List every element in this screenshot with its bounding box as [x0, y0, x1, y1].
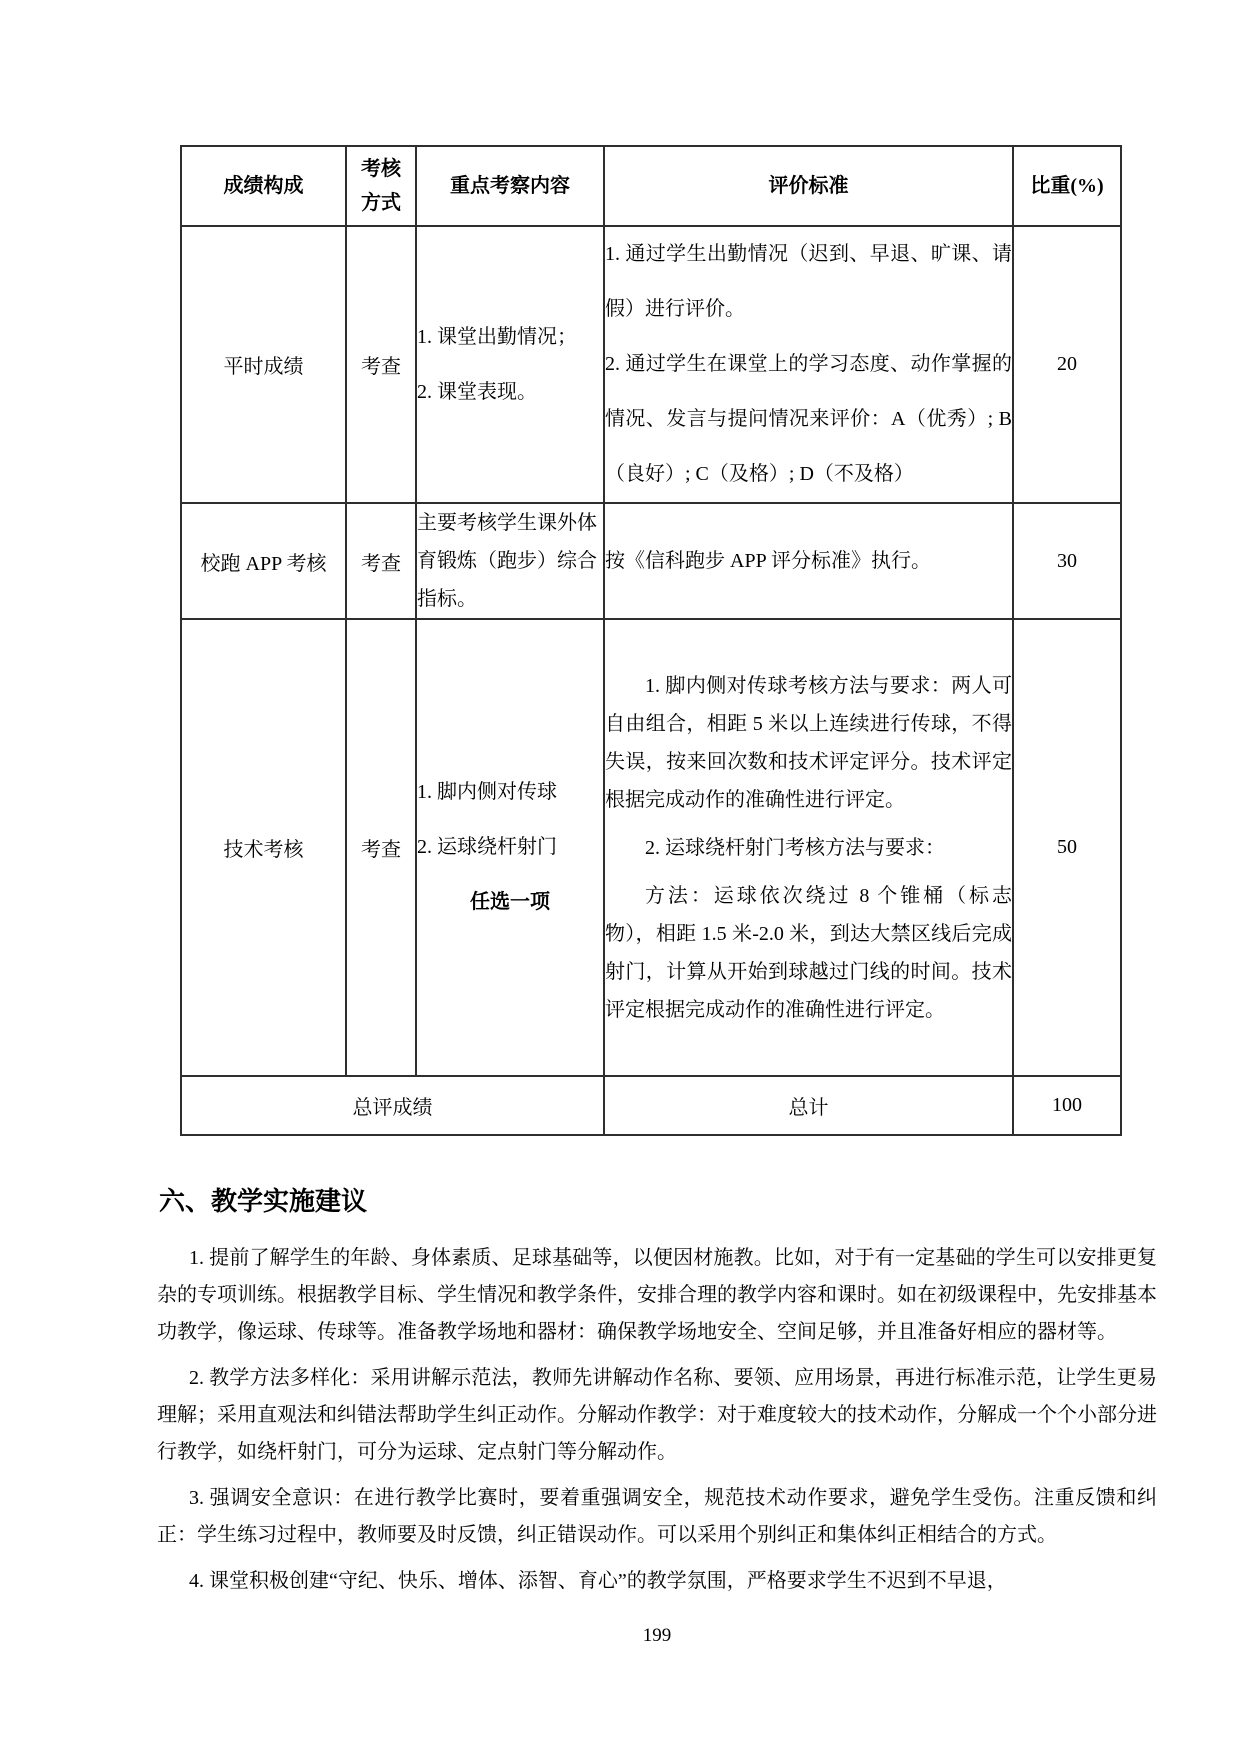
criteria-cell: 1. 脚内侧对传球考核方法与要求：两人可自由组合，相距 5 米以上连续进行传球，…	[604, 619, 1013, 1076]
page-content: 成绩构成 考核方式 重点考察内容 评价标准 比重(%) 平时成绩 考查 1. 课…	[157, 145, 1157, 1609]
document-page: 成绩构成 考核方式 重点考察内容 评价标准 比重(%) 平时成绩 考查 1. 课…	[0, 0, 1241, 1755]
focus-item: 主要考核学生课外体育锻炼（跑步）综合指标。	[417, 504, 603, 618]
criteria-cell: 1. 通过学生出勤情况（迟到、早退、旷课、请假）进行评价。 2. 通过学生在课堂…	[604, 226, 1013, 503]
criteria-cell: 按《信科跑步 APP 评分标准》执行。	[604, 503, 1013, 619]
header-focus: 重点考察内容	[416, 146, 604, 226]
method-cell: 考查	[346, 503, 416, 619]
suggestion-paragraph-1: 1. 提前了解学生的年龄、身体素质、足球基础等，以便因材施教。比如，对于有一定基…	[157, 1240, 1157, 1351]
weight-cell: 20	[1013, 226, 1121, 503]
method-cell: 考查	[346, 226, 416, 503]
component-cell: 技术考核	[181, 619, 346, 1076]
criteria-paragraph: 2. 运球绕杆射门考核方法与要求：	[605, 829, 1012, 867]
weight-cell: 50	[1013, 619, 1121, 1076]
header-method: 考核方式	[346, 146, 416, 226]
assessment-table: 成绩构成 考核方式 重点考察内容 评价标准 比重(%) 平时成绩 考查 1. 课…	[180, 145, 1122, 1136]
criteria-paragraph: 1. 通过学生出勤情况（迟到、早退、旷课、请假）进行评价。	[605, 227, 1012, 337]
focus-option-note: 任选一项	[417, 875, 603, 930]
suggestion-paragraph-4: 4. 课堂积极创建“守纪、快乐、增体、添智、育心”的教学氛围，严格要求学生不迟到…	[157, 1563, 1157, 1600]
method-cell: 考查	[346, 619, 416, 1076]
focus-item: 2. 课堂表现。	[417, 365, 603, 420]
focus-item: 1. 脚内侧对传球	[417, 765, 603, 820]
total-criteria-cell: 总计	[604, 1076, 1013, 1135]
header-weight: 比重(%)	[1013, 146, 1121, 226]
table-header-row: 成绩构成 考核方式 重点考察内容 评价标准 比重(%)	[181, 146, 1121, 226]
component-cell: 校跑 APP 考核	[181, 503, 346, 619]
table-row-app-assessment: 校跑 APP 考核 考查 主要考核学生课外体育锻炼（跑步）综合指标。 按《信科跑…	[181, 503, 1121, 619]
focus-cell: 1. 课堂出勤情况； 2. 课堂表现。	[416, 226, 604, 503]
focus-item: 1. 课堂出勤情况；	[417, 310, 603, 365]
focus-item: 2. 运球绕杆射门	[417, 820, 603, 875]
criteria-paragraph: 2. 通过学生在课堂上的学习态度、动作掌握的情况、发言与提问情况来评价：A（优秀…	[605, 337, 1012, 502]
weight-cell: 30	[1013, 503, 1121, 619]
component-cell: 平时成绩	[181, 226, 346, 503]
criteria-paragraph: 1. 脚内侧对传球考核方法与要求：两人可自由组合，相距 5 米以上连续进行传球，…	[605, 667, 1012, 819]
focus-cell: 1. 脚内侧对传球 2. 运球绕杆射门 任选一项	[416, 619, 604, 1076]
table-row-total: 总评成绩 总计 100	[181, 1076, 1121, 1135]
criteria-paragraph: 按《信科跑步 APP 评分标准》执行。	[605, 542, 1012, 580]
total-label-cell: 总评成绩	[181, 1076, 604, 1135]
header-component: 成绩构成	[181, 146, 346, 226]
total-weight-cell: 100	[1013, 1076, 1121, 1135]
focus-cell: 主要考核学生课外体育锻炼（跑步）综合指标。	[416, 503, 604, 619]
section-heading: 六、教学实施建议	[159, 1181, 1157, 1218]
suggestion-paragraph-3: 3. 强调安全意识：在进行教学比赛时，要着重强调安全，规范技术动作要求，避免学生…	[157, 1480, 1157, 1554]
table-row-regular-grade: 平时成绩 考查 1. 课堂出勤情况； 2. 课堂表现。 1. 通过学生出勤情况（…	[181, 226, 1121, 503]
page-number: 199	[157, 1625, 1157, 1647]
table-row-skill-assessment: 技术考核 考查 1. 脚内侧对传球 2. 运球绕杆射门 任选一项 1. 脚内侧对…	[181, 619, 1121, 1076]
criteria-paragraph: 方法：运球依次绕过 8 个锥桶（标志物），相距 1.5 米-2.0 米，到达大禁…	[605, 877, 1012, 1029]
header-criteria: 评价标准	[604, 146, 1013, 226]
suggestion-paragraph-2: 2. 教学方法多样化：采用讲解示范法，教师先讲解动作名称、要领、应用场景，再进行…	[157, 1360, 1157, 1471]
